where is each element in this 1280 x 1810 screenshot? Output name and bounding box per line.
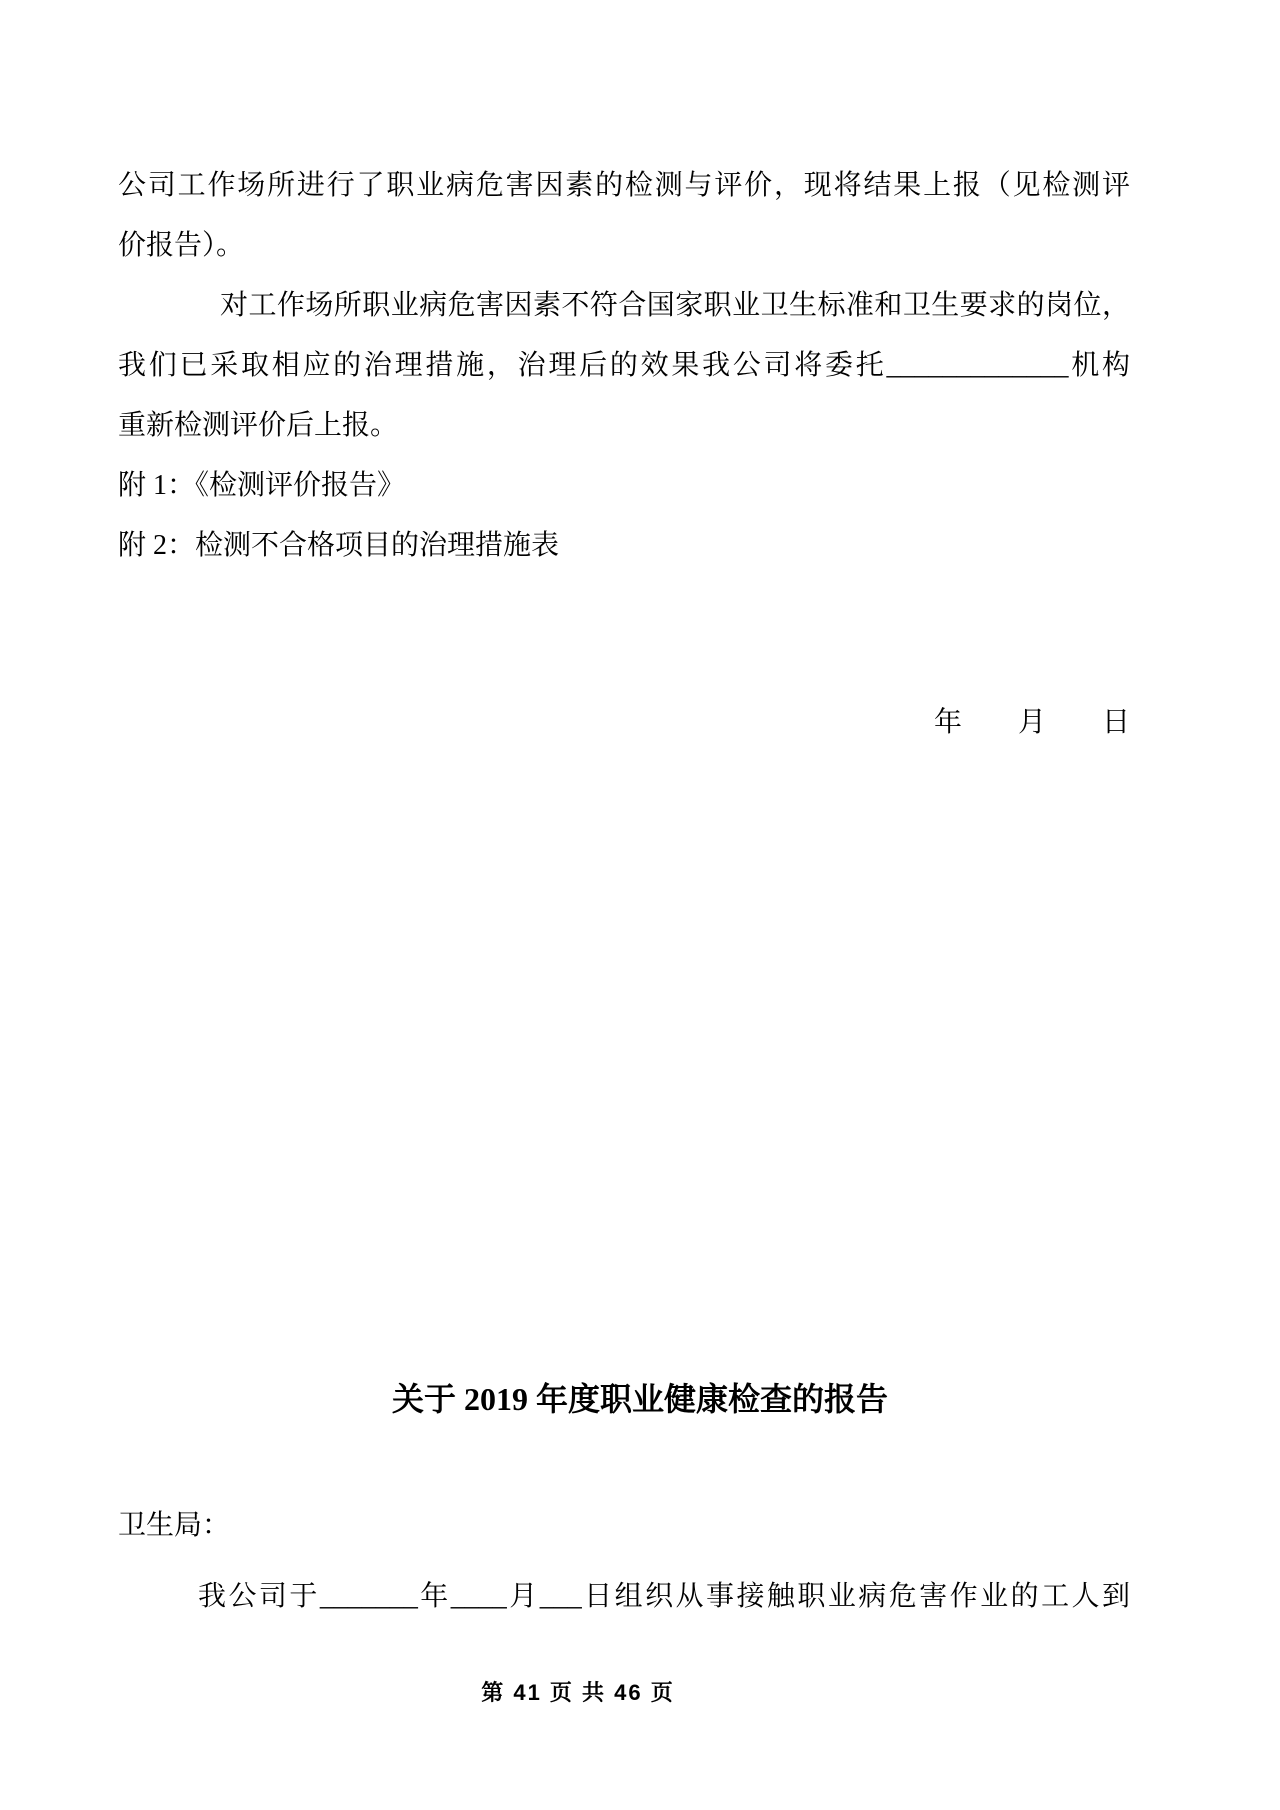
attachment-line-2: 附 2：检测不合格项目的治理措施表 bbox=[118, 516, 1130, 576]
paragraph-treatment-line-1: 对工作场所职业病危害因素不符合国家职业卫生标准和卫生要求的岗位， bbox=[118, 276, 1130, 336]
date-signature-line: 年 月 日 bbox=[118, 693, 1130, 753]
page-number-footer: 第 41 页 共 46 页 bbox=[0, 1680, 1156, 1706]
report2-body-line-1: 我公司于_______年____月___日组织从事接触职业病危害作业的工人到 bbox=[118, 1567, 1130, 1627]
report1-body: 公司工作场所进行了职业病危害因素的检测与评价，现将结果上报（见检测评 价报告）。… bbox=[118, 156, 1130, 576]
salutation-health-bureau: 卫生局： bbox=[118, 1496, 1130, 1556]
document-page: 公司工作场所进行了职业病危害因素的检测与评价，现将结果上报（见检测评 价报告）。… bbox=[0, 0, 1280, 1810]
paragraph-continuation-line-1: 公司工作场所进行了职业病危害因素的检测与评价，现将结果上报（见检测评 bbox=[118, 156, 1130, 216]
paragraph-continuation-line-2: 价报告）。 bbox=[118, 216, 1130, 276]
paragraph-treatment-line-3: 重新检测评价后上报。 bbox=[118, 396, 1130, 456]
attachment-line-1: 附 1：《检测评价报告》 bbox=[118, 456, 1130, 516]
paragraph-treatment-line-2: 我们已采取相应的治理措施，治理后的效果我公司将委托_____________机构 bbox=[118, 336, 1130, 396]
report2-title: 关于 2019 年度职业健康检查的报告 bbox=[0, 1376, 1280, 1422]
